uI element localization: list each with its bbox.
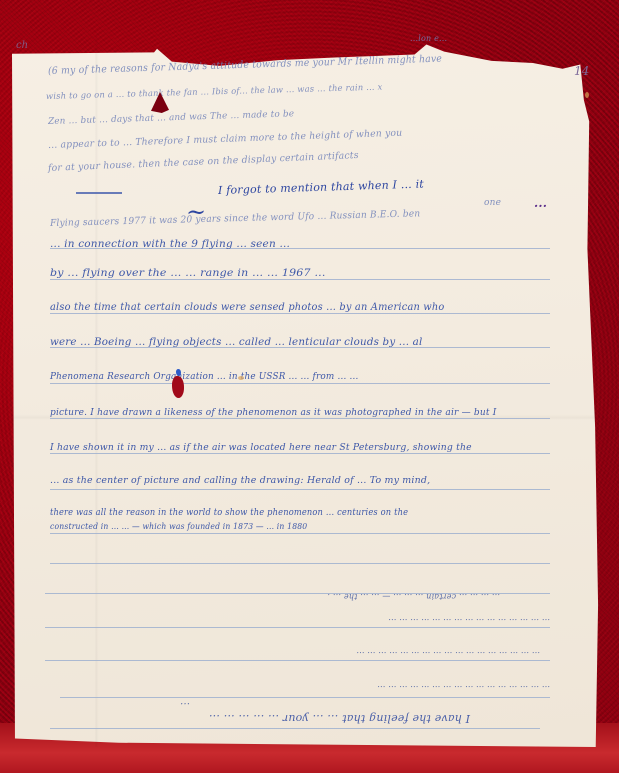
- upside-note-1: ... ... ... ... certain ... ... ... — ..…: [140, 592, 500, 601]
- top-edge-fragment: ...lon e...: [410, 34, 447, 43]
- corner-mark: ch: [16, 40, 28, 51]
- upside-note-4: ... ... ... ... ... ... ... ... ... ... …: [60, 684, 550, 693]
- red-wax-mark: [172, 376, 184, 398]
- main-line-6: Phenomena Research Organization ... in t…: [50, 372, 359, 382]
- blue-ink-blot: [176, 369, 181, 376]
- main-line-10: there was all the reason in the world to…: [50, 507, 408, 518]
- main-line-9: ... as the center of picture and calling…: [50, 475, 430, 486]
- main-line-5: were ... Boeing ... flying objects ... c…: [50, 336, 422, 348]
- ruled-line: [50, 418, 550, 419]
- ruled-line: [50, 279, 550, 280]
- main-line-8: I have shown it in my ... as if the air …: [50, 442, 472, 453]
- ruled-line: [50, 563, 550, 564]
- ruled-line: [50, 533, 550, 534]
- ruled-line: [50, 453, 550, 454]
- ruled-line: [50, 489, 550, 490]
- ruled-line: [60, 697, 550, 698]
- ruled-line: [45, 660, 550, 661]
- main-line-2: ... in connection with the 9 flying ... …: [50, 238, 290, 250]
- upside-note-6: I have the feeling that ... ... your ...…: [30, 712, 470, 725]
- main-line-11: constructed in ... ... — which was found…: [50, 522, 307, 532]
- ruled-line: [45, 627, 550, 628]
- main-line-4: also the time that certain clouds were s…: [50, 302, 444, 313]
- ruled-line: [50, 313, 550, 314]
- upside-note-5: ...: [130, 700, 190, 711]
- margin-annotation-1: one: [484, 198, 501, 208]
- main-line-3: by ... flying over the ... ... range in …: [50, 268, 326, 279]
- short-underline: [76, 192, 122, 194]
- main-line-7: picture. I have drawn a likeness of the …: [50, 407, 496, 418]
- margin-annotation-2: ...: [534, 196, 547, 210]
- ruled-line: [50, 383, 550, 384]
- stain: [585, 92, 589, 98]
- ruled-line: [50, 728, 540, 729]
- page-number: 14: [574, 64, 589, 78]
- upside-note-3: ... ... ... ... ... ... ... ... ... ... …: [30, 650, 540, 659]
- stain: [238, 376, 244, 380]
- upside-note-2: ... ... ... ... ... ... ... ... ... ... …: [60, 617, 550, 626]
